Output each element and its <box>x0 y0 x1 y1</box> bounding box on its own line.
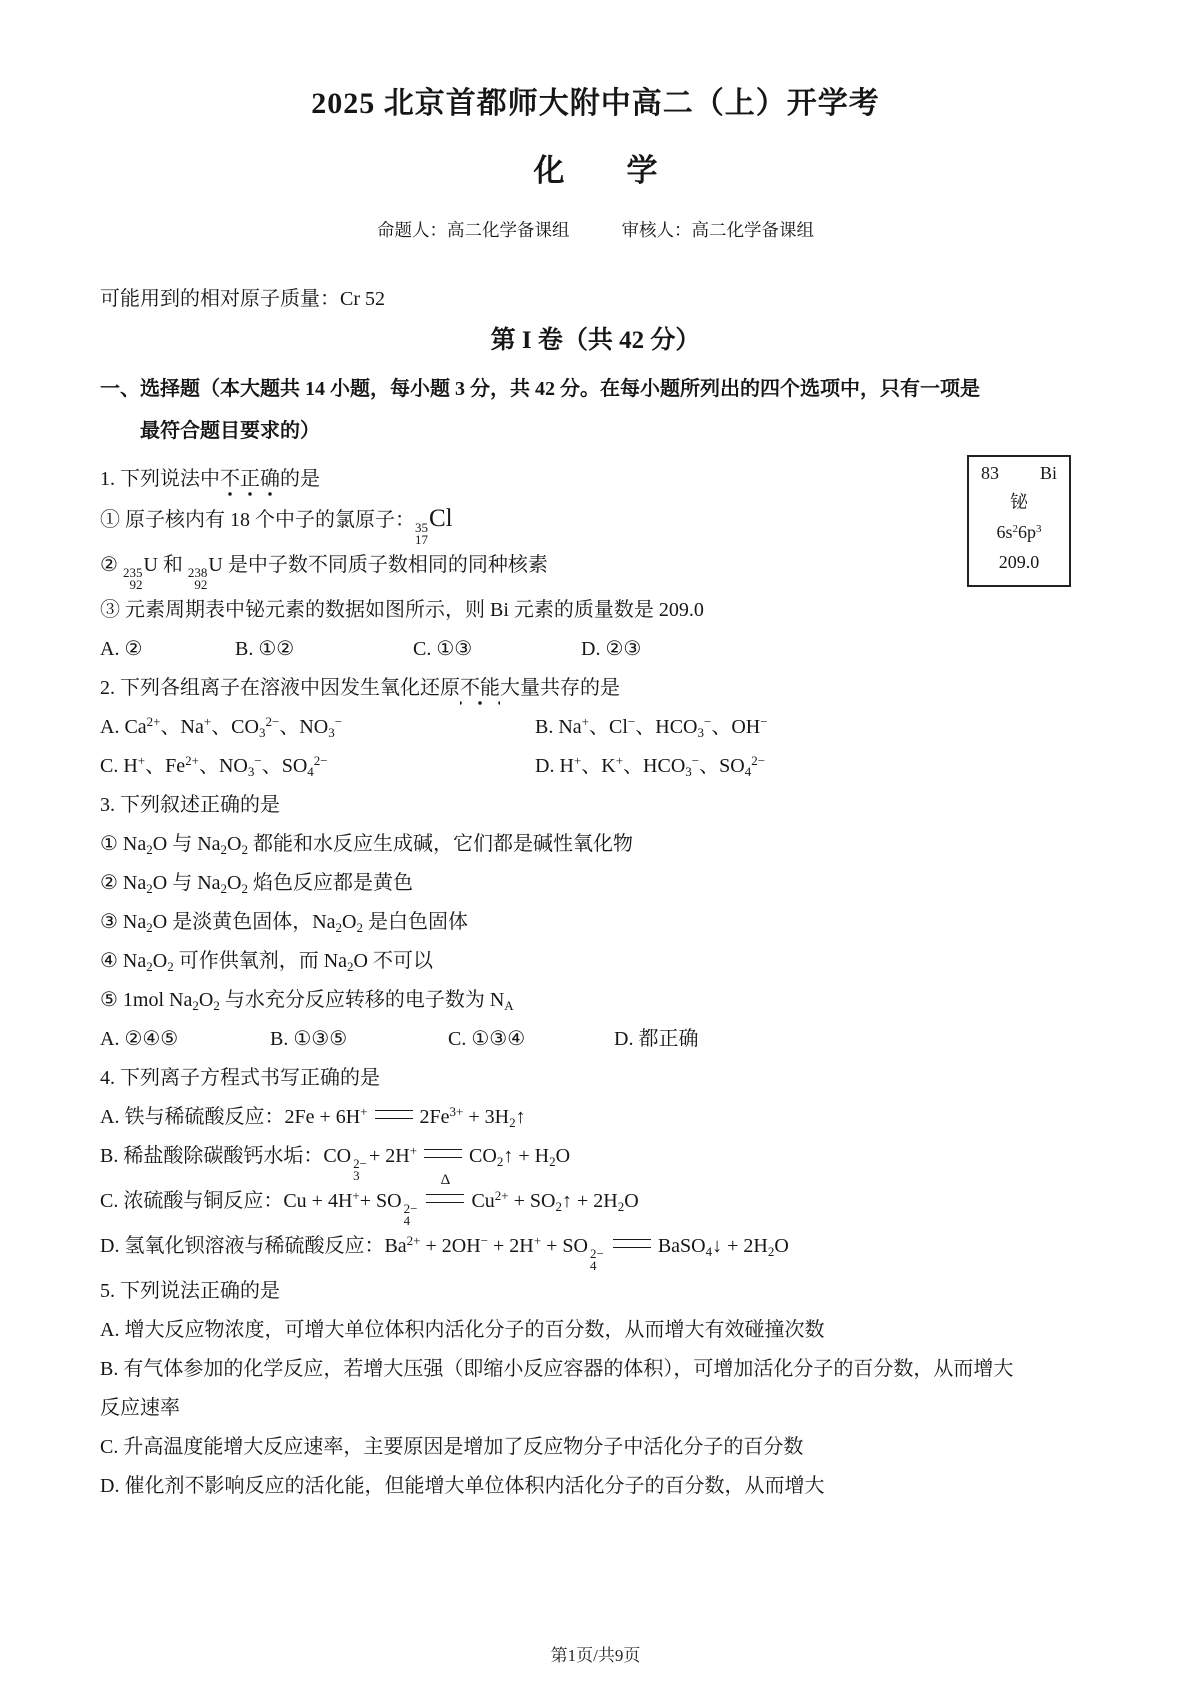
section-instruction: 一、选择题（本大题共 14 小题，每小题 3 分，共 42 分。在每小题所列出的… <box>100 368 1091 452</box>
question-2-options-cd: C. H+、Fe2+、NO3−、SO42−D. H+、K+、HCO3−、SO42… <box>100 747 1091 786</box>
question-1-part-1: ① 原子核内有 18 个中子的氯原子：3517Cl <box>100 499 1091 546</box>
question-1-part-3: ③ 元素周期表中铋元素的数据如图所示，则 Bi 元素的质量数是 209.0 <box>100 591 1091 630</box>
subject-title: 化 学 <box>100 150 1091 192</box>
question-2-option-A: A. Ca2+、Na+、CO32−、NO3− <box>100 708 535 747</box>
questions-area: 1. 下列说法中不正确的是① 原子核内有 18 个中子的氯原子：3517Cl② … <box>100 460 1091 1506</box>
atomic-number: 83 <box>981 459 999 487</box>
question-3-part-4: ④ Na2O2 可作供氧剂，而 Na2O 不可以 <box>100 942 1091 981</box>
question-5-option-b-line1: B. 有气体参加的化学反应，若增大压强（即缩小反应容器的体积），可增加活化分子的… <box>100 1350 1091 1389</box>
question-5-stem: 5. 下列说法正确的是 <box>100 1272 1091 1311</box>
question-2-options-ab: A. Ca2+、Na+、CO32−、NO3−B. Na+、Cl−、HCO3−、O… <box>100 708 1091 747</box>
question-3-option-C: C. ①③④ <box>448 1020 614 1059</box>
question-5-option-d: D. 催化剂不影响反应的活化能，但能增大单位体积内活化分子的百分数，从而增大 <box>100 1467 1091 1506</box>
electron-configuration: 6s26p3 <box>969 517 1069 547</box>
page-number-indicator: 第1页/共9页 <box>0 1641 1191 1666</box>
page-content: 2025 北京首都师大附中高二（上）开学考 化 学 命题人：高二化学备课组 审核… <box>0 0 1191 1506</box>
question-3-option-A: A. ②④⑤ <box>100 1020 270 1059</box>
question-2-option-B: D. H+、K+、HCO3−、SO42− <box>535 747 765 786</box>
question-3-part-3: ③ Na2O 是淡黄色固体，Na2O2 是白色固体 <box>100 903 1091 942</box>
question-1-option-D: D. ②③ <box>581 630 641 669</box>
question-3-options: A. ②④⑤B. ①③⑤C. ①③④D. 都正确 <box>100 1020 1091 1059</box>
reaction-equals-delta-sign: Δ <box>426 1194 464 1203</box>
question-3-option-B: B. ①③⑤ <box>270 1020 448 1059</box>
byline: 命题人：高二化学备课组 审核人：高二化学备课组 <box>100 218 1091 242</box>
reviewer-label: 审核人：高二化学备课组 <box>622 218 815 242</box>
instruction-line-1: 一、选择题（本大题共 14 小题，每小题 3 分，共 42 分。在每小题所列出的… <box>100 368 1091 410</box>
emphasized-text: 不正确 <box>220 468 280 497</box>
emphasized-text: 不能 <box>460 677 500 706</box>
question-2-stem: 2. 下列各组离子在溶液中因发生氧化还原不能大量共存的是 <box>100 669 1091 708</box>
question-5-option-c: C. 升高温度能增大反应速率，主要原因是增加了反应物分子中活化分子的百分数 <box>100 1428 1091 1467</box>
instruction-line-2: 最符合题目要求的） <box>100 410 1091 452</box>
question-2-option-B: B. Na+、Cl−、HCO3−、OH− <box>535 708 768 747</box>
question-4-option-d: D. 氢氧化钡溶液与稀硫酸反应：Ba2+ + 2OH− + 2H+ + SO2−… <box>100 1227 1091 1272</box>
reaction-equals-sign <box>424 1149 462 1158</box>
question-1-part-2: ② 23592U 和 23892U 是中子数不同质子数相同的同种核素 <box>100 546 1091 591</box>
question-3-option-D: D. 都正确 <box>614 1020 698 1059</box>
question-2-option-A: C. H+、Fe2+、NO3−、SO42− <box>100 747 535 786</box>
exam-title: 2025 北京首都师大附中高二（上）开学考 <box>100 0 1091 124</box>
question-5-option-b-line2: 反应速率 <box>100 1389 1091 1428</box>
proposer-label: 命题人：高二化学备课组 <box>377 218 570 242</box>
question-3-stem: 3. 下列叙述正确的是 <box>100 786 1091 825</box>
exam-page: 2025 北京首都师大附中高二（上）开学考 化 学 命题人：高二化学备课组 审核… <box>0 0 1191 1684</box>
question-1-options: A. ②B. ①②C. ①③D. ②③ <box>100 630 1091 669</box>
question-4-option-c: C. 浓硫酸与铜反应：Cu + 4H++ SO2−4ΔCu2+ + SO2↑ +… <box>100 1182 1091 1227</box>
question-3-part-5: ⑤ 1mol Na2O2 与水充分反应转移的电子数为 NA <box>100 981 1091 1020</box>
section-title: 第 I 卷（共 42 分） <box>100 324 1091 358</box>
question-1-stem: 1. 下列说法中不正确的是 <box>100 460 1091 499</box>
question-4-option-b: B. 稀盐酸除碳酸钙水垢：CO2−3+ 2H+CO2↑ + H2O <box>100 1137 1091 1182</box>
question-3-part-1: ① Na2O 与 Na2O2 都能和水反应生成碱，它们都是碱性氧化物 <box>100 825 1091 864</box>
reaction-equals-sign <box>613 1239 651 1248</box>
atomic-mass-note: 可能用到的相对原子质量：Cr 52 <box>100 286 1091 312</box>
question-3-part-2: ② Na2O 与 Na2O2 焰色反应都是黄色 <box>100 864 1091 903</box>
question-1-option-B: B. ①② <box>235 630 413 669</box>
element-name-cn: 铋 <box>969 487 1069 517</box>
question-1-option-C: C. ①③ <box>413 630 581 669</box>
question-4-option-a: A. 铁与稀硫酸反应：2Fe + 6H+2Fe3+ + 3H2↑ <box>100 1098 1091 1137</box>
question-4-stem: 4. 下列离子方程式书写正确的是 <box>100 1059 1091 1098</box>
question-5-option-a: A. 增大反应物浓度，可增大单位体积内活化分子的百分数，从而增大有效碰撞次数 <box>100 1311 1091 1350</box>
reaction-equals-sign <box>375 1110 413 1119</box>
atomic-mass: 209.0 <box>969 547 1069 577</box>
delta-heat-icon: Δ <box>441 1173 451 1188</box>
element-symbol: Bi <box>1040 459 1057 487</box>
bismuth-element-box: 83 Bi 铋 6s26p3 209.0 <box>967 455 1071 587</box>
question-1-option-A: A. ② <box>100 630 235 669</box>
element-box-top-row: 83 Bi <box>969 457 1069 487</box>
